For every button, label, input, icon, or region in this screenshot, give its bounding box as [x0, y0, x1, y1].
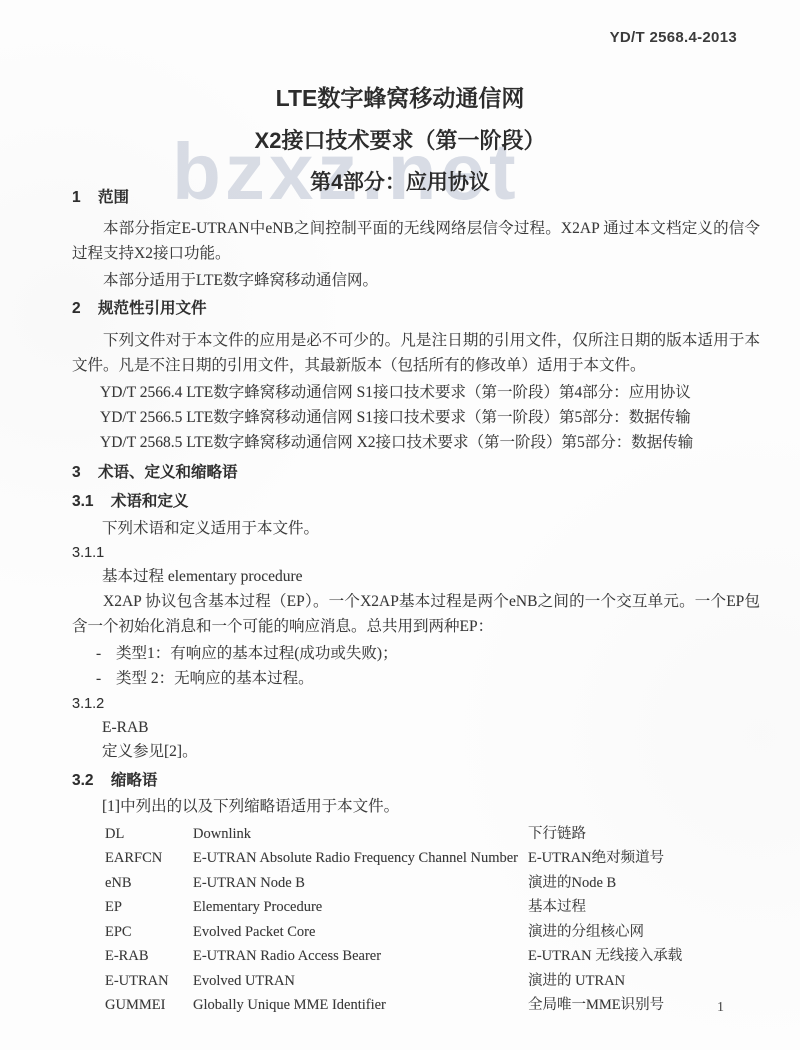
subsection-32-heading: 3.2 缩略语: [72, 771, 760, 791]
abbr-english: Elementary Procedure: [193, 895, 528, 920]
abbr-code: EP: [105, 895, 193, 920]
reference-item: YD/T 2566.5 LTE数字蜂窝移动通信网 S1接口技术要求（第一阶段）第…: [72, 405, 760, 430]
subsection-31-heading: 3.1 术语和定义: [72, 492, 760, 512]
reference-item: YD/T 2568.5 LTE数字蜂窝移动通信网 X2接口技术要求（第一阶段）第…: [72, 430, 760, 455]
abbr-row: eNB E-UTRAN Node B 演进的Node B: [72, 871, 760, 896]
abbr-english: Downlink: [193, 822, 528, 847]
ep-type-list: - 类型1：有响应的基本过程(成功或失败)； - 类型 2：无响应的基本过程。: [72, 641, 760, 691]
abbr-code: EARFCN: [105, 846, 193, 871]
abbr-chinese: 演进的 UTRAN: [528, 969, 760, 994]
term-body-311: X2AP 协议包含基本过程（EP）。一个X2AP基本过程是两个eNB之间的一个交…: [72, 589, 760, 639]
abbr-english: E-UTRAN Node B: [193, 871, 528, 896]
section-title: 术语、定义和缩略语: [98, 463, 238, 483]
list-item-text: 类型 2：无响应的基本过程。: [116, 666, 314, 691]
scope-paragraph-2: 本部分适用于LTE数字蜂窝移动通信网。: [72, 268, 760, 293]
section-terms-heading: 3 术语、定义和缩略语: [72, 463, 760, 483]
list-dash-marker: -: [96, 641, 116, 666]
abbr-code: eNB: [105, 871, 193, 896]
list-dash-marker: -: [96, 666, 116, 691]
scope-paragraph-1: 本部分指定E-UTRAN中eNB之间控制平面的无线网络层信令过程。X2AP 通过…: [72, 216, 760, 266]
abbr-english: Evolved UTRAN: [193, 969, 528, 994]
abbr-intro: [1]中列出的以及下列缩略语适用于本文件。: [72, 795, 760, 819]
abbr-chinese: E-UTRAN 无线接入承载: [528, 944, 760, 969]
doc-number: YD/T 2568.4-2013: [610, 29, 737, 46]
list-item-text: 类型1：有响应的基本过程(成功或失败)；: [116, 641, 398, 666]
ep-type-list-item: - 类型 2：无响应的基本过程。: [72, 666, 760, 691]
abbr-row: EP Elementary Procedure 基本过程: [72, 896, 760, 921]
abbr-english: Evolved Packet Core: [193, 920, 528, 945]
abbr-row: E-UTRAN Evolved UTRAN 演进的 UTRAN: [72, 969, 760, 994]
abbr-row: GUMMEI Globally Unique MME Identifier 全局…: [72, 994, 760, 1019]
abbr-chinese: E-UTRAN绝对频道号: [528, 846, 760, 871]
term-body-312: 定义参见[2]。: [72, 740, 760, 764]
section-title: 范围: [98, 188, 129, 208]
section-number: 2: [72, 299, 81, 319]
section-refs-heading: 2 规范性引用文件: [72, 299, 760, 319]
abbr-chinese: 演进的分组核心网: [528, 920, 760, 945]
abbr-chinese: 下行链路: [528, 822, 760, 847]
section-title: 规范性引用文件: [98, 299, 207, 319]
abbr-row: EARFCN E-UTRAN Absolute Radio Frequency …: [72, 847, 760, 872]
abbr-english: E-UTRAN Radio Access Bearer: [193, 944, 528, 969]
abbr-code: EPC: [105, 920, 193, 945]
abbr-row: E-RAB E-UTRAN Radio Access Bearer E-UTRA…: [72, 945, 760, 970]
abbr-chinese: 演进的Node B: [528, 871, 760, 896]
abbreviations-table: DL Downlink 下行链路 EARFCN E-UTRAN Absolute…: [72, 822, 760, 1018]
abbr-code: GUMMEI: [105, 993, 193, 1018]
abbr-chinese: 基本过程: [528, 895, 760, 920]
clause-311-number: 3.1.1: [72, 543, 760, 564]
reference-list: YD/T 2566.4 LTE数字蜂窝移动通信网 S1接口技术要求（第一阶段）第…: [72, 380, 760, 455]
reference-item: YD/T 2566.4 LTE数字蜂窝移动通信网 S1接口技术要求（第一阶段）第…: [72, 380, 760, 405]
subsection-number: 3.2: [72, 771, 94, 791]
term-definition-312: E-RAB: [72, 716, 760, 740]
abbr-english: Globally Unique MME Identifier: [193, 993, 528, 1018]
abbr-code: E-RAB: [105, 944, 193, 969]
subsection-title: 术语和定义: [111, 492, 189, 512]
doc-title-line2: X2接口技术要求（第一阶段）: [0, 124, 800, 155]
page-number: 1: [717, 1000, 724, 1016]
document-page: bzxz.net YD/T 2568.4-2013 LTE数字蜂窝移动通信网 X…: [0, 0, 800, 1050]
abbr-row: EPC Evolved Packet Core 演进的分组核心网: [72, 920, 760, 945]
term-definition-311: 基本过程 elementary procedure: [72, 565, 760, 589]
abbr-code: E-UTRAN: [105, 969, 193, 994]
section-number: 1: [72, 188, 81, 208]
title-block: LTE数字蜂窝移动通信网 X2接口技术要求（第一阶段） 第4部分：应用协议: [0, 80, 800, 196]
doc-title-line1: LTE数字蜂窝移动通信网: [0, 80, 800, 113]
abbr-code: DL: [105, 822, 193, 847]
abbr-english: E-UTRAN Absolute Radio Frequency Channel…: [193, 846, 528, 871]
terms-intro: 下列术语和定义适用于本文件。: [72, 517, 760, 541]
subsection-number: 3.1: [72, 492, 94, 512]
abbr-row: DL Downlink 下行链路: [72, 822, 760, 847]
clause-312-number: 3.1.2: [72, 694, 760, 715]
subsection-title: 缩略语: [111, 771, 158, 791]
ep-type-list-item: - 类型1：有响应的基本过程(成功或失败)；: [72, 641, 760, 666]
abbr-chinese: 全局唯一MME识别号: [528, 993, 760, 1018]
refs-intro: 下列文件对于本文件的应用是必不可少的。凡是注日期的引用文件，仅所注日期的版本适用…: [72, 328, 760, 378]
section-scope-heading: 1 范围: [72, 188, 760, 208]
section-number: 3: [72, 463, 81, 483]
document-body: 1 范围 本部分指定E-UTRAN中eNB之间控制平面的无线网络层信令过程。X2…: [72, 188, 760, 1018]
